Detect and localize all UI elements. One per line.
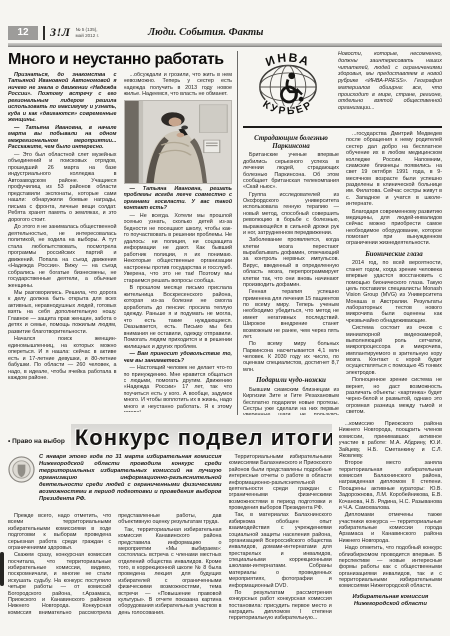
newspaper-page: 12 З!Л № 5 (135), май 2012 г. Люди. Собы… xyxy=(0,0,450,636)
paragraph: Территориальными избирательными комиссия… xyxy=(229,454,332,511)
page-header: 12 З!Л № 5 (135), май 2012 г. Люди. Собы… xyxy=(8,24,442,41)
inva-press-header: ИНВА КУРЬЕР Новости, которые, несомненно… xyxy=(243,51,442,123)
paragraph: Дипломами отмечены также участники конку… xyxy=(339,512,442,544)
news-column-middle: Страдающим болезнью Паркинсона Британски… xyxy=(243,131,339,415)
paragraph: Группа исследователей из Оксфордского ун… xyxy=(243,192,339,237)
paragraph: — Татьяна Ивановна, решать проблемы всег… xyxy=(124,186,233,212)
paragraph: Полноценное зрение система не вернет, но… xyxy=(346,377,442,415)
parkinson-text: Британские ученые впервые добились серье… xyxy=(243,152,339,373)
paragraph: — Не всегда. Хотели мы прошлой осенью уз… xyxy=(124,213,233,284)
paragraph: Второе место заняла территориальная изби… xyxy=(339,460,442,511)
rubric-rule xyxy=(243,126,442,128)
paragraph: — Татьяна Ивановна, в начале марта вы по… xyxy=(8,125,117,151)
paragraph: Так, в материалах Балахнинского избирком… xyxy=(229,512,332,589)
contest-column-4-text: ...комиссию Приокского района Нижнего Но… xyxy=(339,421,442,590)
paragraph: Британские ученые впервые добились серье… xyxy=(243,152,339,190)
issue-date: май 2012 г. xyxy=(76,33,99,38)
logo-text-inva: ИНВА xyxy=(264,51,313,69)
contest-column-4: ...комиссию Приокского района Нижнего Но… xyxy=(339,421,442,627)
inva-press-region: ИНВА КУРЬЕР Новости, которые, несомненно… xyxy=(243,51,442,415)
miracle-legs-title: Подарили чудо-ножки xyxy=(247,377,335,385)
paragraph: Прежде всего, надо отметить, что всеми т… xyxy=(8,513,111,551)
emblem-icon xyxy=(8,456,35,483)
paragraph: Надо отметить, что подобный конкурс обли… xyxy=(339,545,442,590)
contest-lead: С января этого года по 31 марта избирате… xyxy=(8,454,222,510)
paragraph: Бывшим сиамским близнецам из Киргизии Зи… xyxy=(243,387,339,415)
paragraph: По всему миру больных Паркинсона насчиты… xyxy=(243,341,339,373)
paragraph: В прошлом месяце письмо прислала жительн… xyxy=(124,285,233,350)
article-column-1: Признаться, до знакомства с Татьяной Ива… xyxy=(8,72,117,412)
miracle-legs-text: Бывшим сиамским близнецам из Киргизии Зи… xyxy=(243,387,339,415)
scan-artifact xyxy=(0,552,4,586)
contest-columns-1-2: Прежде всего, надо отметить, что всеми т… xyxy=(8,513,222,627)
contest-kicker: • Право на выбор xyxy=(8,438,65,451)
paragraph: Начался поиск женщин-единомышленниц, на … xyxy=(8,336,117,381)
paragraph: Генная терапия успешно применена для леч… xyxy=(243,289,339,340)
contest-column-3: Территориальными избирательными комиссия… xyxy=(229,454,332,627)
paragraph: По результатам рассмотрения конкурсных р… xyxy=(229,590,332,622)
column-2-bottom-text: — Татьяна Ивановна, решать проблемы всег… xyxy=(124,186,233,412)
paragraph: Заболевание проявляется, когда клетки мо… xyxy=(243,237,339,288)
paragraph: ...обсуждали и грозили, что жить в нем н… xyxy=(124,72,233,98)
main-band: Много и неустанно работать Признаться, д… xyxy=(8,51,442,415)
article-interview: Много и неустанно работать Признаться, д… xyxy=(8,51,232,415)
paragraph: ...комиссию Приокского района Нижнего Но… xyxy=(339,421,442,459)
svg-text:ИНВА: ИНВА xyxy=(264,51,313,69)
bionic-eyes-title: Бионические глаза xyxy=(350,251,438,259)
rubric-intro: Новости, которые, несомненно, должны заи… xyxy=(338,51,442,123)
issue-info: № 5 (135), май 2012 г. xyxy=(76,27,99,38)
column-2-top-text: ...обсуждали и грозили, что жить в нем н… xyxy=(124,72,233,98)
signature-line-2: Нижегородской области xyxy=(339,601,442,608)
article-contest: • Право на выбор Конкурс подвел итоги ..… xyxy=(8,421,442,627)
article-column-2: ...обсуждали и грозили, что жить в нем н… xyxy=(124,72,233,412)
paragraph: До этого я не занималась общественной де… xyxy=(8,224,117,289)
news-columns: Страдающим болезнью Паркинсона Британски… xyxy=(243,131,442,415)
contest-headline: Конкурс подвел итоги xyxy=(71,424,332,451)
paragraph: Признаться, до знакомства с Татьяной Ива… xyxy=(8,72,117,124)
section-title: Люди. События. Факты xyxy=(148,27,264,38)
article-body: Признаться, до знакомства с Татьяной Ива… xyxy=(8,72,232,412)
news-column-right: ...государства Дмитрий Медведев после об… xyxy=(346,131,442,415)
paragraph: Система состоит из очков с миниатюрной в… xyxy=(346,325,442,376)
contest-header: • Право на выбор Конкурс подвел итоги xyxy=(8,421,332,451)
signature-line-1: Избирательная комиссия xyxy=(339,594,442,601)
paragraph: — Настоящий человек не делает что-то по … xyxy=(124,365,233,412)
header-divider-bar xyxy=(43,26,45,40)
contest-lead-text: С января этого года по 31 марта избирате… xyxy=(39,454,222,510)
paragraph: Благодаря современному развитию медицины… xyxy=(346,209,442,247)
paragraph: 2014 год, по всей вероятности, станет го… xyxy=(346,260,442,324)
miracle-legs-continuation: ...государства Дмитрий Медведев после об… xyxy=(346,131,442,247)
contest-signature: Избирательная комиссия Нижегородской обл… xyxy=(339,594,442,608)
paragraph: — Вам приносит удовольствие то, чем вы з… xyxy=(124,351,233,364)
paragraph: Мы разговорились. Решила, что дорога к д… xyxy=(8,290,117,335)
vertical-rule xyxy=(237,51,238,415)
paragraph: — Это был областной слет музейных объеди… xyxy=(8,152,117,223)
issue-number: № 5 (135), xyxy=(76,27,99,32)
inva-courier-logo: ИНВА КУРЬЕР xyxy=(243,51,333,123)
bionic-eyes-text: 2014 год, по всей вероятности, станет го… xyxy=(346,260,442,415)
article-headline: Много и неустанно работать xyxy=(8,51,232,69)
paragraph: ...государства Дмитрий Медведев после об… xyxy=(346,131,442,208)
interview-photo xyxy=(124,100,233,184)
newspaper-logo: З!Л xyxy=(50,25,71,40)
paragraph: Так, территориальная избирательная комис… xyxy=(118,527,221,616)
header-rule xyxy=(8,43,442,47)
parkinson-title: Страдающим болезнью Паркинсона xyxy=(247,135,335,150)
page-number: 12 xyxy=(8,26,38,40)
